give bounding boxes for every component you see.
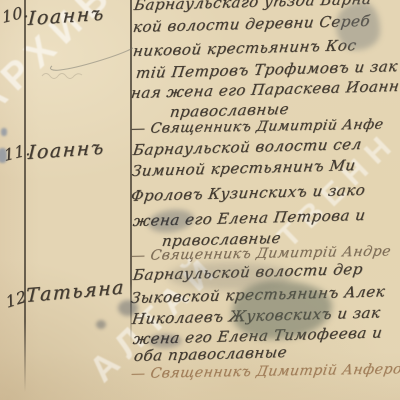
- priest-signature: — Священникъ Димитрій Анфе: [130, 117, 385, 137]
- entry-name: Іоаннъ: [27, 137, 105, 165]
- blue-pencil-mark: [0, 148, 7, 163]
- entry-text-line: оба православные: [133, 343, 288, 365]
- ink-dot: [96, 320, 106, 329]
- priest-signature: — Священникъ Димитрій Анферо: [130, 361, 400, 382]
- entry-text-line: Зиминой крестьянинъ Ми: [131, 156, 357, 180]
- entry-name: Татьяна: [26, 276, 126, 307]
- entry-text-line: Барнаульской волости дер: [132, 260, 364, 284]
- entry-text-line: жена его Елена Петрова и: [132, 206, 367, 230]
- entry-text-line: никовой крестьянинъ Кос: [132, 36, 358, 60]
- column-rule-left: [24, 0, 26, 392]
- entry-text-line: Барнаульской волости сел: [132, 135, 363, 159]
- scanned-document-page: АРХИВ ИВ ТВЕНН АЛТАЙ 10. Іоаннъ Барнауль…: [0, 0, 400, 400]
- blue-pencil-mark: [1, 128, 7, 136]
- entry-text-line: кой волости деревни Сереб: [132, 12, 371, 36]
